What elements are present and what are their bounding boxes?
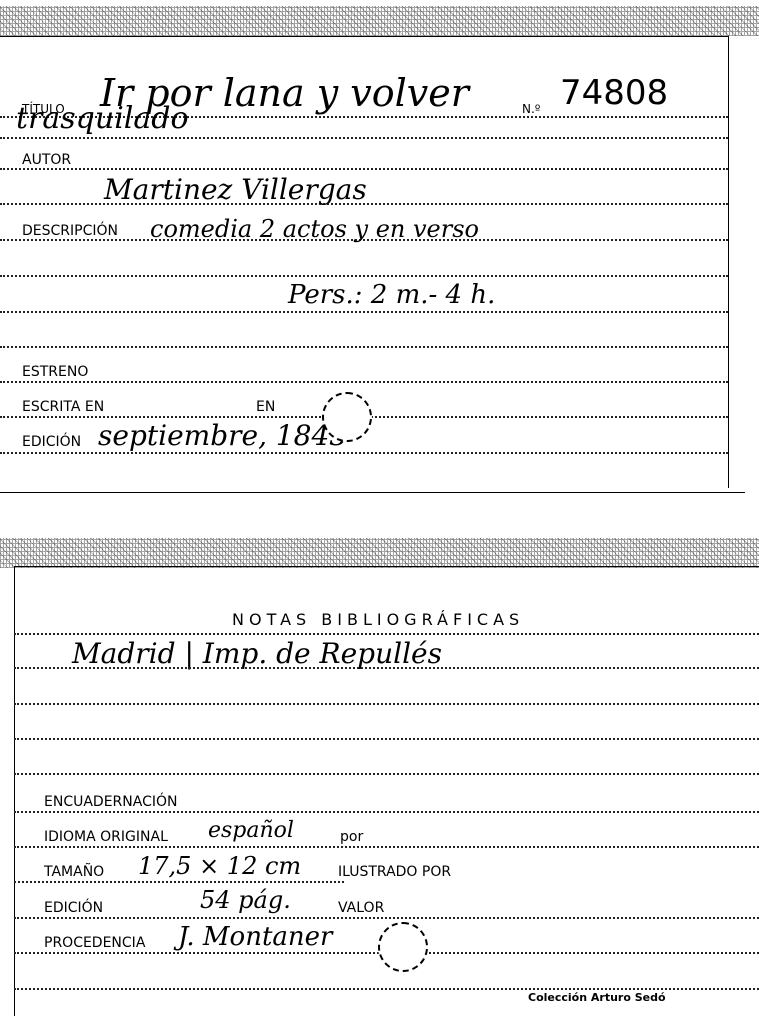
autor-label: AUTOR [22,153,71,167]
edicion2-value: 54 pág. [200,888,291,912]
rule-notes5 [14,773,759,775]
edicion-label: EDICIÓN [22,435,81,449]
descripcion-value: comedia 2 actos y en verso [150,217,479,241]
autor-value: Martinez Villergas [104,176,367,204]
rule-last [14,988,759,990]
descripcion-label: DESCRIPCIÓN [22,224,118,238]
rule-autor [0,168,728,170]
rule-notes3 [14,703,759,705]
edicion-value: septiembre, 1843 [98,422,347,450]
catalog-card-top: TÍTULO Ir por lana y volver N.º 74808 tr… [0,0,759,500]
descripcion-value-line2: Pers.: 2 m.- 4 h. [288,282,495,308]
rule-titulo2 [0,137,728,139]
valor-label: VALOR [338,901,384,915]
notes-value: Madrid | Imp. de Repullés [72,640,442,668]
procedencia-value: J. Montaner [178,924,332,950]
notes-title: NOTAS BIBLIOGRÁFICAS [232,612,524,628]
rule-edicion2 [14,917,759,919]
rule-encuadernacion [14,811,759,813]
rule-notes2 [14,667,759,669]
rule-descripcion2 [0,275,728,277]
rule-tamano [14,881,344,883]
idioma-value: español [208,820,294,842]
punch-hole-top [322,392,372,442]
rule-edicion [0,452,728,454]
idioma-label: IDIOMA ORIGINAL [44,830,168,844]
card-right-border [728,36,729,488]
card-top-border [0,36,728,37]
en-label: EN [256,400,275,414]
edicion2-label: EDICIÓN [44,901,103,915]
collection-footer: Colección Arturo Sedó [528,992,666,1003]
escrita-en-label: ESCRITA EN [22,400,104,414]
por-label: por [340,830,363,844]
ilustrado-label: ILUSTRADO POR [338,865,451,879]
punch-hole-bottom [378,922,428,972]
encuadernacion-label: ENCUADERNACIÓN [44,795,177,809]
rule-blank [0,346,728,348]
rule-estreno [0,381,728,383]
rule-notes4 [14,738,759,740]
tamano-value: 17,5 × 12 cm [138,854,301,878]
procedencia-label: PROCEDENCIA [44,936,145,950]
rule-pers [0,311,728,313]
estreno-label: ESTRENO [22,365,88,379]
tamano-label: TAMAÑO [44,865,104,879]
card-bottom-border [0,492,745,493]
card2-top-border [14,566,759,567]
titulo-value-line2: trasquilado [16,104,189,134]
numero-label: N.º [522,103,540,115]
rule-idioma [14,846,759,848]
rule-notes1 [14,633,759,635]
numero-value: 74808 [560,76,668,110]
catalog-card-bottom: NOTAS BIBLIOGRÁFICAS Madrid | Imp. de Re… [0,530,759,1028]
